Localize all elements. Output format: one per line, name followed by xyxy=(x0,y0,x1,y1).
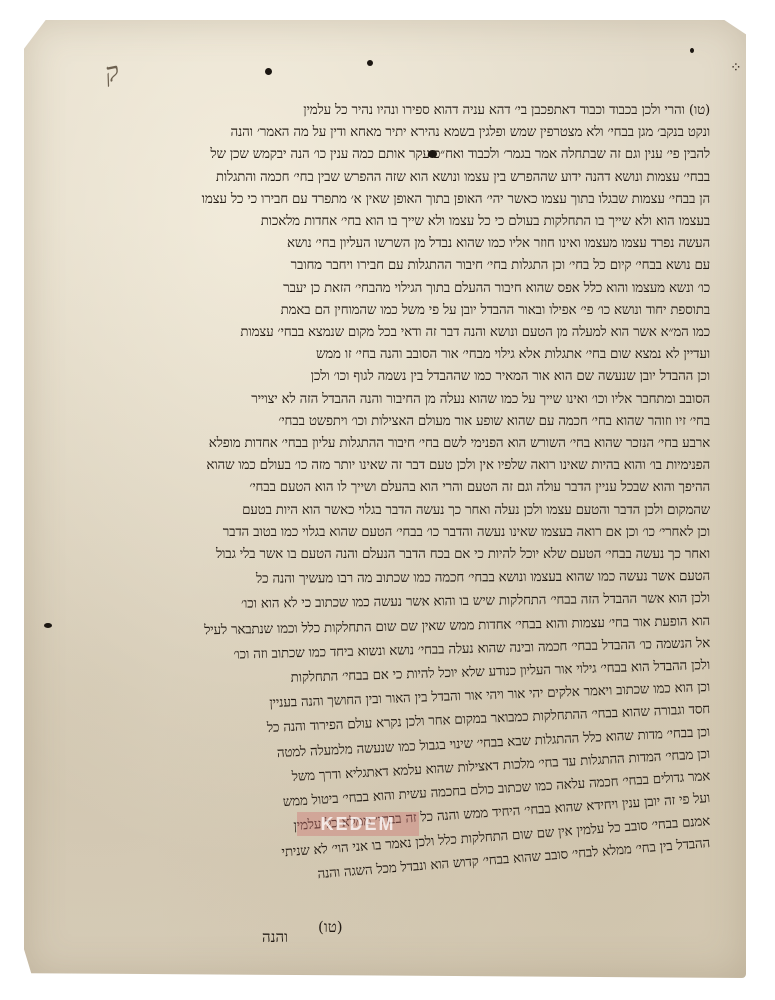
manuscript-line: ארבע בחי׳ הנזכר שהוא בחי׳ השורש הוא הפני… xyxy=(110,433,710,455)
manuscript-line: וכן ההבדל יובן שנעשה שם הוא אור המאיר כמ… xyxy=(110,366,710,388)
manuscript-line: הן בבחי׳ עצמות שבגלו בתוך עצמו כאשר יהי׳… xyxy=(110,189,710,211)
manuscript-line: ההיפך והוא שבכל עניין הדבר עולה וגם זה ה… xyxy=(110,477,710,499)
catchword: והנה xyxy=(262,928,288,947)
manuscript-line: ועדיין לא נמצא שום בחי׳ אתגלות אלא גילוי… xyxy=(110,344,710,366)
manuscript-line: להבין פי׳ ענין וגם זה שבתחלה אמר בגמר׳ ו… xyxy=(110,144,710,166)
manuscript-line: כו׳ ונשא מעצמו והוא כלל אפס שהוא חיבור ה… xyxy=(110,278,710,300)
manuscript-line: בעצמו הוא ולא שייך בו התחלקות בעולם כי כ… xyxy=(110,211,710,233)
watermark-stamp: KEDEM xyxy=(297,812,419,836)
manuscript-line: העשה נפרד עצמו מעצמו ואינו חוזר אליו כמו… xyxy=(110,233,710,255)
page-marker-bottom: (טו) xyxy=(318,918,343,937)
manuscript-line: שהמקום ולכן הדבר והטעם עצמו ולכן נעלה וא… xyxy=(110,500,710,522)
manuscript-line: ואחר כך נעשה בבחי׳ הטעם שלא יוכל להיות כ… xyxy=(110,544,710,566)
manuscript-line: עם נושא בבחי׳ קיום כל בחי׳ וכן התגלות בח… xyxy=(110,255,710,277)
manuscript-line: כמו המ״א אשר הוא למעלה מן הטעם ונושא והנ… xyxy=(110,322,710,344)
manuscript-line: הפנימיות בו׳ והוא בהיות שאינו רואה שלפיו… xyxy=(110,455,710,477)
ink-blot xyxy=(367,60,373,66)
manuscript-line: בתוספת יחוד ונושא כו׳ פי׳ אפילו ובאור הה… xyxy=(110,300,710,322)
manuscript-line: בבחי׳ עצמות ונושא דהנה ידוע שההפרש בין ע… xyxy=(110,167,710,189)
manuscript-text: (טו) והרי ולכן בכבוד וכבוד דאתפכבן בי׳ ד… xyxy=(110,100,710,860)
ink-blot xyxy=(44,623,52,628)
ink-blot xyxy=(690,48,694,53)
manuscript-line: (טו) והרי ולכן בכבוד וכבוד דאתפכבן בי׳ ד… xyxy=(110,100,710,122)
manuscript-line: וכן לאחרי׳ כו׳ וכן אם רואה בעצמו שאינו נ… xyxy=(110,522,710,544)
margin-mark: ⁘ xyxy=(730,60,742,76)
ink-blot xyxy=(265,68,272,75)
manuscript-line: בחי׳ זיו וזוהר שהוא בחי׳ חכמה עם שהוא שו… xyxy=(110,411,710,433)
manuscript-line: הסובב ומתחבר אליו וכו׳ ואינו שייך על כמו… xyxy=(110,389,710,411)
manuscript-line: ונקט בנקב׳ מגן בבחי׳ ולא מצטרפין שמש ופל… xyxy=(110,122,710,144)
